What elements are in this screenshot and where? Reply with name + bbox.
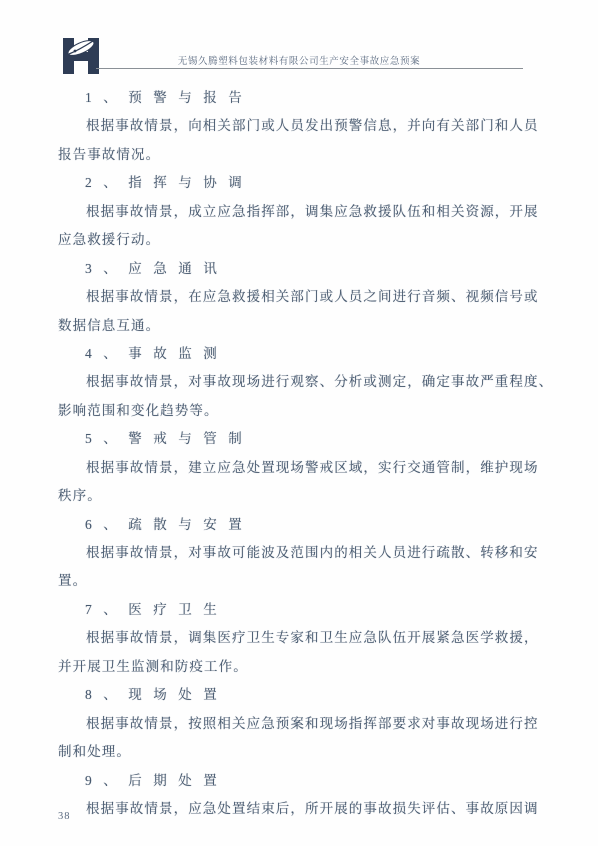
section-paragraph: 根据事故情景，成立应急指挥部，调集应急救援队伍和相关资源，开展应急救援行动。 bbox=[58, 198, 540, 255]
paragraph-line: 置。 bbox=[58, 567, 540, 595]
header-title: 无锡久腾塑料包装材料有限公司生产安全事故应急预案 bbox=[0, 53, 598, 67]
section-paragraph: 根据事故情景，按照相关应急预案和现场指挥部要求对事故现场进行控制和处理。 bbox=[58, 710, 540, 767]
paragraph-line: 报告事故情况。 bbox=[58, 141, 540, 169]
section-paragraph: 根据事故情景，应急处置结束后，所开展的事故损失评估、事故原因调 bbox=[58, 795, 540, 823]
paragraph-line: 根据事故情景，在应急救援相关部门或人员之间进行音频、视频信号或 bbox=[58, 283, 540, 311]
paragraph-line: 根据事故情景，按照相关应急预案和现场指挥部要求对事故现场进行控 bbox=[58, 710, 540, 738]
section-paragraph: 根据事故情景，对事故现场进行观察、分析或测定，确定事故严重程度、影响范围和变化趋… bbox=[58, 368, 540, 425]
paragraph-line: 制和处理。 bbox=[58, 738, 540, 766]
document-section: 2、指挥与协调 根据事故情景，成立应急指挥部，调集应急救援队伍和相关资源，开展应… bbox=[58, 169, 540, 254]
section-heading: 9、后期处置 bbox=[58, 767, 540, 795]
paragraph-line: 应急救援行动。 bbox=[58, 226, 540, 254]
section-heading: 6、疏散与安置 bbox=[58, 511, 540, 539]
section-heading: 5、警戒与管制 bbox=[58, 425, 540, 453]
section-heading: 7、医疗卫生 bbox=[58, 596, 540, 624]
page-number: 38 bbox=[58, 811, 71, 822]
document-section: 5、警戒与管制 根据事故情景，建立应急处置现场警戒区域，实行交通管制，维护现场秩… bbox=[58, 425, 540, 510]
document-content: 1、预警与报告 根据事故情景，向相关部门或人员发出预警信息，并向有关部门和人员报… bbox=[58, 84, 540, 823]
paragraph-line: 根据事故情景，调集医疗卫生专家和卫生应急队伍开展紧急医学救援， bbox=[58, 624, 540, 652]
paragraph-line: 秩序。 bbox=[58, 482, 540, 510]
section-paragraph: 根据事故情景，调集医疗卫生专家和卫生应急队伍开展紧急医学救援，并开展卫生监测和防… bbox=[58, 624, 540, 681]
document-section: 4、事故监测 根据事故情景，对事故现场进行观察、分析或测定，确定事故严重程度、影… bbox=[58, 340, 540, 425]
document-section: 3、应急通讯 根据事故情景，在应急救援相关部门或人员之间进行音频、视频信号或数据… bbox=[58, 255, 540, 340]
paragraph-line: 根据事故情景，对事故可能波及范围内的相关人员进行疏散、转移和安 bbox=[58, 539, 540, 567]
paragraph-line: 并开展卫生监测和防疫工作。 bbox=[58, 653, 540, 681]
paragraph-line: 根据事故情景，建立应急处置现场警戒区域，实行交通管制，维护现场 bbox=[58, 454, 540, 482]
paragraph-line: 根据事故情景，成立应急指挥部，调集应急救援队伍和相关资源，开展 bbox=[58, 198, 540, 226]
section-heading: 4、事故监测 bbox=[58, 340, 540, 368]
section-heading: 8、现场处置 bbox=[58, 681, 540, 709]
section-paragraph: 根据事故情景，建立应急处置现场警戒区域，实行交通管制，维护现场秩序。 bbox=[58, 454, 540, 511]
document-page: 无锡久腾塑料包装材料有限公司生产安全事故应急预案 1、预警与报告 根据事故情景，… bbox=[0, 0, 598, 846]
paragraph-line: 影响范围和变化趋势等。 bbox=[58, 397, 540, 425]
section-heading: 1、预警与报告 bbox=[58, 84, 540, 112]
document-section: 9、后期处置 根据事故情景，应急处置结束后，所开展的事故损失评估、事故原因调 bbox=[58, 767, 540, 824]
document-section: 1、预警与报告 根据事故情景，向相关部门或人员发出预警信息，并向有关部门和人员报… bbox=[58, 84, 540, 169]
section-paragraph: 根据事故情景，向相关部门或人员发出预警信息，并向有关部门和人员报告事故情况。 bbox=[58, 112, 540, 169]
section-paragraph: 根据事故情景，在应急救援相关部门或人员之间进行音频、视频信号或数据信息互通。 bbox=[58, 283, 540, 340]
section-heading: 3、应急通讯 bbox=[58, 255, 540, 283]
section-paragraph: 根据事故情景，对事故可能波及范围内的相关人员进行疏散、转移和安置。 bbox=[58, 539, 540, 596]
section-heading: 2、指挥与协调 bbox=[58, 169, 540, 197]
paragraph-line: 数据信息互通。 bbox=[58, 312, 540, 340]
header-rule bbox=[96, 68, 523, 69]
document-section: 8、现场处置 根据事故情景，按照相关应急预案和现场指挥部要求对事故现场进行控制和… bbox=[58, 681, 540, 766]
document-section: 6、疏散与安置 根据事故情景，对事故可能波及范围内的相关人员进行疏散、转移和安置… bbox=[58, 511, 540, 596]
paragraph-line: 根据事故情景，对事故现场进行观察、分析或测定，确定事故严重程度、 bbox=[58, 368, 540, 396]
paragraph-line: 根据事故情景，向相关部门或人员发出预警信息，并向有关部门和人员 bbox=[58, 112, 540, 140]
document-section: 7、医疗卫生 根据事故情景，调集医疗卫生专家和卫生应急队伍开展紧急医学救援，并开… bbox=[58, 596, 540, 681]
paragraph-line: 根据事故情景，应急处置结束后，所开展的事故损失评估、事故原因调 bbox=[58, 795, 540, 823]
